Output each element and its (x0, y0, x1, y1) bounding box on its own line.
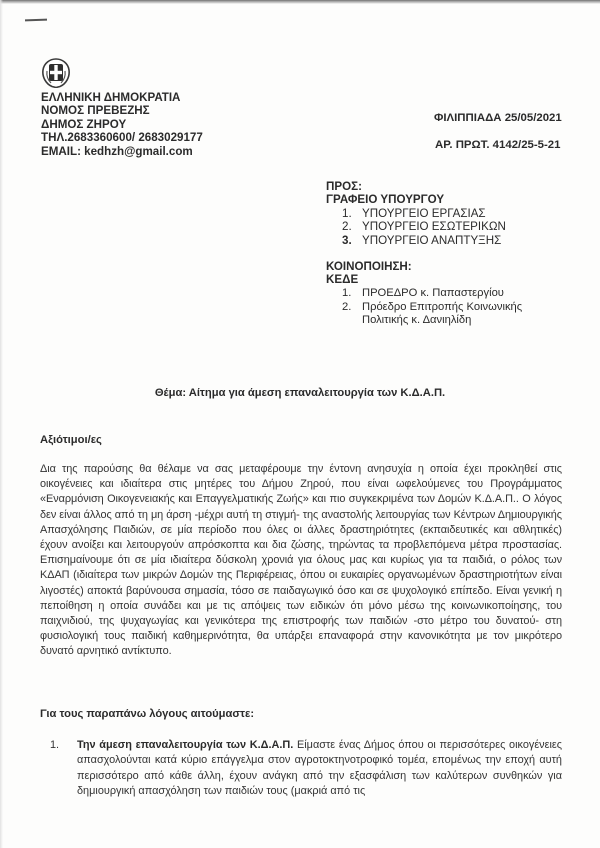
cc-list-item: 2.Πρόεδρο Επιτροπής Κοινωνικής Πολιτικής… (342, 301, 537, 329)
cc-block: ΚΟΙΝΟΠΟΙΗΣΗ: ΚΕΔΕ 1.ΠΡΟΕΔΡΟ κ. Παπαστεργ… (326, 260, 537, 328)
letterhead-phone: ΤΗΛ.2683360600/ 2683029177 (41, 131, 203, 144)
list-number: 2. (342, 220, 352, 233)
recipients-block: ΠΡΟΣ: ΓΡΑΦΕΙΟ ΥΠΟΥΡΓΟΥ 1.ΥΠΟΥΡΓΕΙΟ ΕΡΓΑΣ… (326, 180, 537, 328)
list-number: 1. (50, 738, 59, 753)
list-number: 1. (342, 207, 352, 220)
list-number: 3. (342, 234, 352, 247)
cc-org: ΚΕΔΕ (326, 273, 537, 286)
letterhead: ΕΛΛΗΝΙΚΗ ΔΗΜΟΚΡΑΤΙΑ ΝΟΜΟΣ ΠΡΕΒΕΖΗΣ ΔΗΜΟΣ… (41, 91, 203, 158)
letterhead-email: EMAIL: kedhzh@gmail.com (41, 145, 203, 158)
letterhead-prefecture: ΝΟΜΟΣ ΠΡΕΒΕΖΗΣ (41, 104, 203, 117)
cc-label: ΚΟΙΝΟΠΟΙΗΣΗ: (326, 260, 537, 273)
to-office: ΓΡΑΦΕΙΟ ΥΠΟΥΡΓΟΥ (326, 193, 537, 206)
request-item: 1.Την άμεση επαναλειτουργία των Κ.Δ.Α.Π.… (40, 738, 562, 799)
to-label: ΠΡΟΣ: (326, 180, 537, 193)
letterhead-country: ΕΛΛΗΝΙΚΗ ΔΗΜΟΚΡΑΤΙΑ (41, 91, 203, 104)
salutation: Αξιότιμοι/ες (40, 434, 102, 446)
to-list: 1.ΥΠΟΥΡΓΕΙΟ ΕΡΓΑΣΙΑΣ 2.ΥΠΟΥΡΓΕΙΟ ΕΣΩΤΕΡΙ… (326, 207, 537, 247)
to-ministry-development: ΥΠΟΥΡΓΕΙΟ ΑΝΑΠΤΥΞΗΣ (362, 234, 501, 247)
letterhead-municipality: ΔΗΜΟΣ ΖΗΡΟΥ (41, 118, 203, 131)
list-number: 2. (342, 301, 351, 315)
subject-line: Θέμα: Αίτημα για άμεση επαναλειτουργία τ… (0, 387, 600, 399)
pen-mark (25, 19, 47, 22)
to-list-item: 2.ΥΠΟΥΡΓΕΙΟ ΕΣΩΤΕΡΙΚΩΝ (342, 220, 537, 233)
request-lead: Την άμεση επαναλειτουργία των Κ.Δ.Α.Π. (77, 739, 293, 751)
to-ministry-labour: ΥΠΟΥΡΓΕΙΟ ΕΡΓΑΣΙΑΣ (362, 207, 486, 220)
cc-list: 1.ΠΡΟΕΔΡΟ κ. Παπαστεργίου 2.Πρόεδρο Επιτ… (326, 287, 537, 328)
place-date: ΦΙΛΙΠΠΙΑΔΑ 25/05/2021 (434, 112, 562, 124)
cc-committee-president: Πρόεδρο Επιτροπής Κοινωνικής Πολιτικής κ… (362, 301, 522, 327)
requests-heading: Για τους παραπάνω λόγους αιτούμαστε: (40, 708, 254, 720)
requests-list: 1.Την άμεση επαναλειτουργία των Κ.Δ.Α.Π.… (40, 738, 562, 799)
cc-list-item: 1.ΠΡΟΕΔΡΟ κ. Παπαστεργίου (342, 287, 537, 301)
list-number: 1. (342, 287, 351, 301)
cc-kede-president: ΠΡΟΕΔΡΟ κ. Παπαστεργίου (362, 287, 504, 299)
scan-edge-left (0, 0, 3, 848)
greek-coat-of-arms-icon (41, 58, 71, 88)
protocol-number: ΑΡ. ΠΡΩΤ. 4142/25-5-21 (435, 139, 560, 151)
to-ministry-interior: ΥΠΟΥΡΓΕΙΟ ΕΣΩΤΕΡΙΚΩΝ (362, 220, 506, 233)
to-list-item: 1.ΥΠΟΥΡΓΕΙΟ ΕΡΓΑΣΙΑΣ (342, 207, 537, 220)
to-list-item: 3.ΥΠΟΥΡΓΕΙΟ ΑΝΑΠΤΥΞΗΣ (342, 234, 537, 247)
scan-edge-top (0, 0, 600, 4)
body-paragraph: Δια της παρούσης θα θέλαμε να σας μεταφέ… (40, 462, 562, 660)
